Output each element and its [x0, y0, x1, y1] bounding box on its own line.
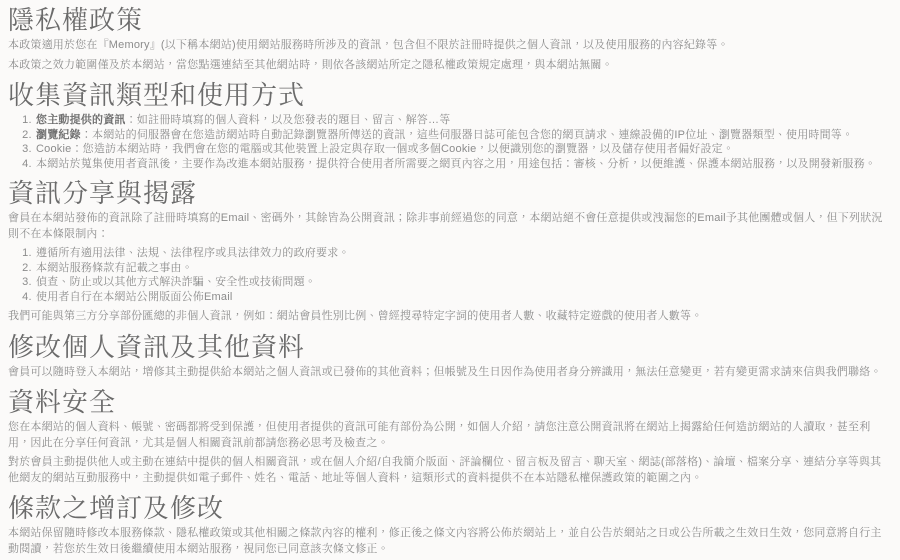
terms-revision-paragraph: 本網站保留隨時修改本服務條款、隱私權政策或其他相關之條款內容的權利，修正後之條文…: [8, 526, 892, 557]
list-item: 使用者自行在本網站公開版面公佈Email: [35, 290, 892, 305]
info-sharing-list: 遵循所有適用法律、法規、法律程序或具法律效力的政府要求。 本網站服務條款有記載之…: [8, 246, 892, 304]
info-sharing-heading: 資訊分享與揭露: [8, 179, 892, 207]
privacy-policy-page: 隱私權政策 本政策適用於您在『Memory』(以下稱本網站)使用網站服務時所涉及…: [0, 0, 900, 560]
list-item-text: 使用者自行在本網站公開版面公佈Email: [36, 291, 233, 303]
privacy-policy-paragraph-1: 本政策適用於您在『Memory』(以下稱本網站)使用網站服務時所涉及的資訊，包含…: [8, 38, 892, 54]
list-item: 您主動提供的資訊：如註冊時填寫的個人資料，以及您發表的題目、留言、解答…等: [35, 113, 892, 128]
collected-info-list: 您主動提供的資訊：如註冊時填寫的個人資料，以及您發表的題目、留言、解答…等 瀏覽…: [8, 113, 892, 171]
section-terms-revision: 條款之增訂及修改 本網站保留隨時修改本服務條款、隱私權政策或其他相關之條款內容的…: [8, 494, 892, 557]
data-security-paragraph-1: 您在本網站的個人資料、帳號、密碼都將受到保護，但使用者提供的資訊可能有部份為公開…: [8, 420, 892, 451]
list-item: 瀏覽紀錄：本網站的伺服器會在您造訪網站時自動記錄瀏覽器所傳送的資訊，這些伺服器日…: [35, 128, 892, 143]
list-item: 偵查、防止或以其他方式解決詐騙、安全性或技術問題。: [35, 275, 892, 290]
info-sharing-intro: 會員在本網站發佈的資訊除了註冊時填寫的Email、密碼外，其餘皆為公開資訊；除非…: [8, 211, 892, 242]
list-item: 本網站於蒐集使用者資訊後，主要作為改進本網站服務，提供符合使用者所需要之網頁內容…: [35, 157, 892, 172]
list-item-label: 瀏覽紀錄: [36, 129, 81, 141]
list-item: 遵循所有適用法律、法規、法律程序或具法律效力的政府要求。: [35, 246, 892, 261]
list-item-text: ：本網站的伺服器會在您造訪網站時自動記錄瀏覽器所傳送的資訊，這些伺服器日誌可能包…: [81, 129, 853, 141]
privacy-policy-paragraph-2: 本政策之效力範圍僅及於本網站，當您點選連結至其他網站時，則依各該網站所定之隱私權…: [8, 58, 892, 74]
list-item: Cookie：您造訪本網站時，我們會在您的電腦或其他裝置上設定與存取一個或多個C…: [35, 142, 892, 157]
list-item-text: 偵查、防止或以其他方式解決詐騙、安全性或技術問題。: [36, 276, 316, 288]
section-info-sharing: 資訊分享與揭露 會員在本網站發佈的資訊除了註冊時填寫的Email、密碼外，其餘皆…: [8, 179, 892, 325]
list-item-text: Cookie：您造訪本網站時，我們會在您的電腦或其他裝置上設定與存取一個或多個C…: [36, 143, 734, 155]
section-collected-info: 收集資訊類型和使用方式 您主動提供的資訊：如註冊時填寫的個人資料，以及您發表的題…: [8, 81, 892, 171]
list-item-text: 遵循所有適用法律、法規、法律程序或具法律效力的政府要求。: [36, 247, 350, 259]
modify-info-heading: 修改個人資訊及其他資料: [8, 333, 892, 361]
section-data-security: 資料安全 您在本網站的個人資料、帳號、密碼都將受到保護，但使用者提供的資訊可能有…: [8, 388, 892, 486]
modify-info-paragraph: 會員可以隨時登入本網站，增修其主動提供給本網站之個人資訊或已發佈的其他資料；但帳…: [8, 365, 892, 381]
list-item-text: 本網站於蒐集使用者資訊後，主要作為改進本網站服務，提供符合使用者所需要之網頁內容…: [36, 158, 876, 170]
collected-info-heading: 收集資訊類型和使用方式: [8, 81, 892, 109]
privacy-policy-heading: 隱私權政策: [8, 6, 892, 34]
terms-revision-heading: 條款之增訂及修改: [8, 494, 892, 522]
list-item-text: 本網站服務條款有記載之事由。: [36, 262, 193, 274]
list-item: 本網站服務條款有記載之事由。: [35, 261, 892, 276]
list-item-label: 您主動提供的資訊: [36, 114, 126, 126]
list-item-text: ：如註冊時填寫的個人資料，以及您發表的題目、留言、解答…等: [126, 114, 451, 126]
data-security-paragraph-2: 對於會員主動提供他人或主動在連結中提供的個人相關資訊，或在個人介紹/自我簡介版面…: [8, 455, 892, 486]
data-security-heading: 資料安全: [8, 388, 892, 416]
info-sharing-outro: 我們可能與第三方分享部份匯總的非個人資訊，例如：網站會員性別比例、曾經搜尋特定字…: [8, 309, 892, 325]
section-modify-info: 修改個人資訊及其他資料 會員可以隨時登入本網站，增修其主動提供給本網站之個人資訊…: [8, 333, 892, 381]
section-privacy-policy: 隱私權政策 本政策適用於您在『Memory』(以下稱本網站)使用網站服務時所涉及…: [8, 6, 892, 73]
